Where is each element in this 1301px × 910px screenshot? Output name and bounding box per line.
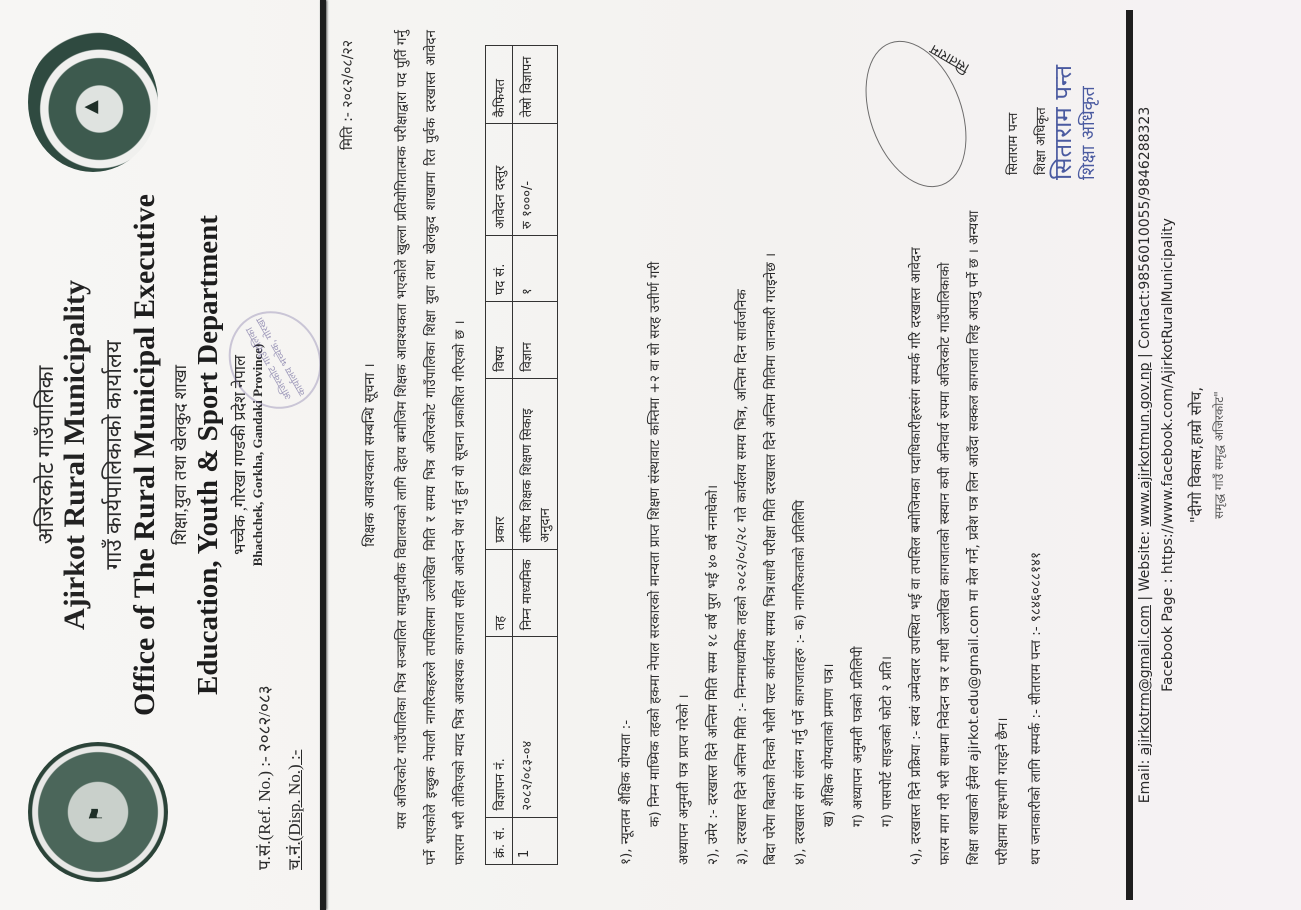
table-header-row: क्रं. सं. विज्ञापन नं. तह प्रकार विषय पद… — [486, 46, 513, 865]
cell-level: निम्न माध्यमिक — [513, 549, 558, 637]
website-link[interactable]: www.ajirkotmun.gov.np — [1137, 362, 1153, 526]
signatory: सिताराम पन्त शिक्षा अधिकृत — [1000, 107, 1056, 175]
date-label: मिति :- — [340, 112, 356, 150]
cell-posts: १ — [513, 235, 558, 301]
vacancy-table: क्रं. सं. विज्ञापन नं. तह प्रकार विषय पद… — [485, 45, 558, 865]
req-documents-c: ग) अध्यापन अनुमती पत्रको प्रतिलिपी — [844, 25, 873, 865]
website-label: Website: — [1137, 531, 1153, 592]
stamp-name: सिताराम पन्त — [1049, 65, 1077, 180]
col-posts: पद सं. — [486, 235, 513, 301]
disp-no-label: च.नं.(Disp. No.) :- — [285, 750, 304, 870]
office-name-en: Office of The Rural Municipal Executive — [128, 0, 162, 910]
municipality-name-en: Ajirkot Rural Municipality — [58, 0, 92, 910]
notice-paragraph: यस अजिरकोट गाउँपालिका भित्र सञ्चालित साम… — [388, 30, 475, 865]
letterhead: ▲ ⚑ अजिरकोट गाउँपालिका Ajirkot Rural Mun… — [0, 0, 320, 910]
req-documents-b: ख) शैक्षिक योग्यताको प्रमाण पत्र। — [815, 25, 844, 865]
table-row: 1 २०८२/०८३-०४ निम्न माध्यमिक संघिय शिक्ष… — [513, 46, 558, 865]
slogan-line-2: समृद्ध गाउँ समृद्ध अजिरकोट" — [1210, 0, 1227, 910]
office-name-np: गाउँ कार्यपालिकाको कार्यालय — [98, 0, 128, 910]
col-subject: विषय — [486, 301, 513, 378]
cell-subject: विज्ञान — [513, 301, 558, 378]
department-name-np: शिक्षा,युवा तथा खेलकुद शाखा — [168, 0, 191, 910]
department-name-en: Education, Youth & Sport Department — [192, 0, 225, 910]
cell-adv-no: २०८२/०८३-०४ — [513, 637, 558, 817]
req-qualification-a: क) निम्न माध्मिक तहको हकमा नेपाल सरकारको… — [641, 25, 670, 865]
phone-contact: Contact:9856010055/9846288323 — [1137, 107, 1153, 349]
ref-no-label: प.सं.(Ref. No.) :- — [255, 756, 274, 870]
requirements-list: १), न्यूनतम शैक्षिक योग्यता :- क) निम्न … — [612, 25, 1051, 865]
facebook-link[interactable]: Facebook Page : https://www.facebook.com… — [1160, 0, 1176, 910]
header-divider — [320, 0, 326, 910]
disp-no: च.नं.(Disp. No.) :- — [280, 685, 310, 870]
municipality-name-np: अजिरकोट गाउँपालिका — [30, 0, 60, 910]
cell-type: संघिय शिक्षक शिक्षण सिकाइ अनुदान — [513, 378, 558, 549]
cell-sn: 1 — [513, 817, 558, 864]
cell-remarks: तेस्रो विज्ञापन — [513, 46, 558, 124]
notice-document: ▲ ⚑ अजिरकोट गाउँपालिका Ajirkot Rural Mun… — [0, 0, 1301, 910]
cell-fee: रु १०००/- — [513, 124, 558, 236]
stamp-title: शिक्षा अधिकृत — [1076, 65, 1102, 180]
footer-contacts: Email: ajirkotrm@gmail.com | Website: ww… — [1137, 0, 1153, 910]
name-stamp: सिताराम पन्त शिक्षा अधिकृत — [1050, 65, 1102, 180]
req-documents: ४), दरखास्त संग संलग्न गर्नु पर्ने कागजा… — [786, 25, 815, 865]
ref-no-value: २०८२/०८३ — [255, 685, 274, 752]
req-age: २), उमेर :- दरखास्त दिने अन्तिम मिति सम्… — [699, 25, 728, 865]
ref-no: प.सं.(Ref. No.) :- २०८२/०८३ — [250, 685, 280, 870]
req-deadline: ३), दरखास्त दिने अन्तिम मिति :- निम्नमाध… — [728, 25, 757, 865]
date-value: २०८२/०८/२२ — [340, 40, 356, 108]
separator: | — [1137, 353, 1153, 358]
address-np: भच्चेक ,गोरखा गण्डकी प्रदेश नेपाल — [228, 0, 250, 910]
col-type: प्रकार — [486, 378, 513, 549]
col-level: तह — [486, 549, 513, 637]
req-qualification: १), न्यूनतम शैक्षिक योग्यता :- — [612, 25, 641, 865]
notice-date: मिति :- २०८२/०८/२२ — [338, 40, 357, 150]
col-remarks: कैफियत — [486, 46, 513, 124]
signatory-name: सिताराम पन्त — [1000, 107, 1028, 175]
footer-divider — [1126, 10, 1133, 900]
notice-subject: शिक्षक आवश्यकता सम्बन्धि सूचना । — [360, 0, 379, 910]
separator: | — [1137, 596, 1153, 601]
slogan-line-1: "दीगो विकास,हाम्रो सोच, — [1186, 0, 1206, 910]
col-adv-no: विज्ञापन नं. — [486, 637, 513, 817]
col-fee: आवेदन दस्तुर — [486, 124, 513, 236]
req-deadline-cont: बिदा परेमा बिदाको दिनको भोली पल्ट कार्यल… — [757, 25, 786, 865]
email-label: Email: — [1137, 760, 1153, 804]
reference-numbers: प.सं.(Ref. No.) :- २०८२/०८३ च.नं.(Disp. … — [250, 685, 310, 870]
req-qualification-a-cont: अध्यापन अनुमती पत्र प्राप्त गरेको । — [670, 25, 699, 865]
col-sn: क्रं. सं. — [486, 817, 513, 864]
email-link[interactable]: ajirkotrm@gmail.com — [1137, 605, 1153, 755]
